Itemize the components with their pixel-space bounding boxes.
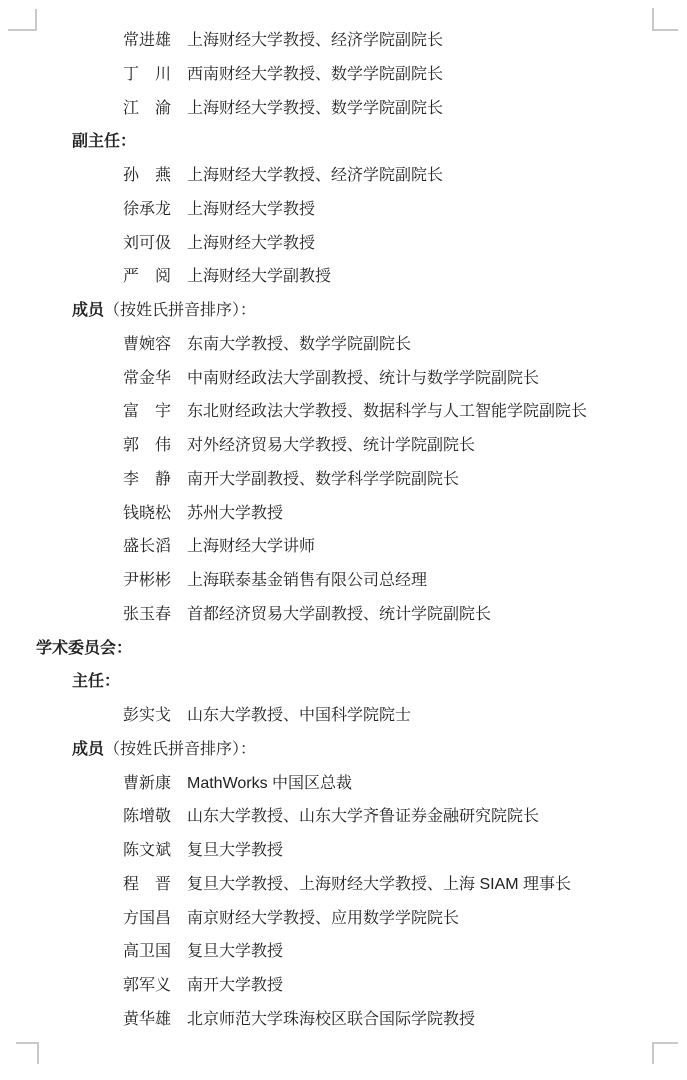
member-affiliation: 西南财经大学教授、数学学院副院长 [187, 66, 443, 83]
member-row: 丁 川西南财经大学教授、数学学院副院长 [0, 58, 687, 92]
member-row: 郭 伟对外经济贸易大学教授、统计学院副院长 [0, 429, 687, 463]
member-affiliation: 复旦大学教授、上海财经大学教授、上海 SIAM 理事长 [187, 876, 571, 893]
member-name: 江 渝 [123, 92, 171, 126]
member-affiliation: 上海联泰基金销售有限公司总经理 [187, 572, 427, 589]
section-heading: 成员（按姓氏拼音排序）： [0, 733, 687, 767]
member-affiliation: 对外经济贸易大学教授、统计学院副院长 [187, 437, 475, 454]
member-row: 黄华雄北京师范大学珠海校区联合国际学院教授 [0, 1003, 687, 1037]
heading-label: 学术委员会： [36, 640, 132, 657]
member-row: 江 渝上海财经大学教授、数学学院副院长 [0, 92, 687, 126]
member-affiliation: 东南大学教授、数学学院副院长 [187, 336, 411, 353]
member-affiliation: 上海财经大学教授 [187, 235, 315, 252]
heading-label: 副主任： [72, 133, 136, 150]
member-name: 丁 川 [123, 58, 171, 92]
member-affiliation: 上海财经大学教授、经济学院副院长 [187, 167, 443, 184]
member-name: 陈文斌 [123, 834, 171, 868]
member-affiliation: MathWorks 中国区总裁 [187, 775, 352, 792]
member-affiliation: 南开大学副教授、数学科学学院副院长 [187, 471, 459, 488]
member-name: 常金华 [123, 362, 171, 396]
heading-label: 主任： [72, 673, 120, 690]
member-affiliation: 苏州大学教授 [187, 505, 283, 522]
member-name: 尹彬彬 [123, 564, 171, 598]
member-name: 曹新康 [123, 767, 171, 801]
member-name: 常进雄 [123, 24, 171, 58]
member-row: 郭军义南开大学教授 [0, 969, 687, 1003]
member-row: 高卫国复旦大学教授 [0, 935, 687, 969]
member-row: 方国昌南京财经大学教授、应用数学学院院长 [0, 902, 687, 936]
member-name: 钱晓松 [123, 497, 171, 531]
member-row: 曹新康MathWorks 中国区总裁 [0, 767, 687, 801]
member-name: 郭军义 [123, 969, 171, 1003]
member-row: 尹彬彬上海联泰基金销售有限公司总经理 [0, 564, 687, 598]
member-affiliation: 上海财经大学教授、经济学院副院长 [187, 32, 443, 49]
member-name: 程 晋 [123, 868, 171, 902]
member-name: 李 静 [123, 463, 171, 497]
member-name: 曹婉容 [123, 328, 171, 362]
member-name: 彭实戈 [123, 699, 171, 733]
member-row: 曹婉容东南大学教授、数学学院副院长 [0, 328, 687, 362]
member-affiliation: 上海财经大学教授、数学学院副院长 [187, 100, 443, 117]
heading-annotation: （按姓氏拼音排序）： [104, 302, 256, 319]
member-name: 方国昌 [123, 902, 171, 936]
member-row: 常金华中南财经政法大学副教授、统计与数学学院副院长 [0, 362, 687, 396]
section-heading: 主任： [0, 665, 687, 699]
member-row: 程 晋复旦大学教授、上海财经大学教授、上海 SIAM 理事长 [0, 868, 687, 902]
member-name: 刘可伋 [123, 227, 171, 261]
member-row: 常进雄上海财经大学教授、经济学院副院长 [0, 24, 687, 58]
member-affiliation: 山东大学教授、山东大学齐鲁证券金融研究院院长 [187, 808, 539, 825]
member-row: 刘可伋上海财经大学教授 [0, 227, 687, 261]
section-heading: 成员（按姓氏拼音排序）： [0, 294, 687, 328]
member-row: 陈增敬山东大学教授、山东大学齐鲁证券金融研究院院长 [0, 800, 687, 834]
member-name: 徐承龙 [123, 193, 171, 227]
member-affiliation: 复旦大学教授 [187, 842, 283, 859]
member-affiliation: 山东大学教授、中国科学院院士 [187, 707, 411, 724]
member-row: 李 静南开大学副教授、数学科学学院副院长 [0, 463, 687, 497]
heading-annotation: （按姓氏拼音排序）： [104, 741, 256, 758]
committee-member-list: 常进雄上海财经大学教授、经济学院副院长丁 川西南财经大学教授、数学学院副院长江 … [0, 24, 687, 1037]
member-row: 严 阅上海财经大学副教授 [0, 260, 687, 294]
member-affiliation: 北京师范大学珠海校区联合国际学院教授 [187, 1011, 475, 1028]
member-name: 张玉春 [123, 598, 171, 632]
member-row: 盛长滔上海财经大学讲师 [0, 530, 687, 564]
member-affiliation: 中南财经政法大学副教授、统计与数学学院副院长 [187, 370, 539, 387]
member-name: 陈增敬 [123, 800, 171, 834]
heading-label: 成员 [72, 741, 104, 758]
member-name: 黄华雄 [123, 1003, 171, 1037]
member-affiliation: 东北财经政法大学教授、数据科学与人工智能学院副院长 [187, 403, 587, 420]
member-affiliation: 南开大学教授 [187, 977, 283, 994]
member-name: 盛长滔 [123, 530, 171, 564]
member-row: 张玉春首都经济贸易大学副教授、统计学院副院长 [0, 598, 687, 632]
section-heading: 学术委员会： [0, 632, 687, 666]
member-row: 徐承龙上海财经大学教授 [0, 193, 687, 227]
page-margin-mark-bottom-left [16, 1042, 39, 1064]
member-affiliation: 复旦大学教授 [187, 943, 283, 960]
member-row: 陈文斌复旦大学教授 [0, 834, 687, 868]
member-name: 严 阅 [123, 260, 171, 294]
member-affiliation: 首都经济贸易大学副教授、统计学院副院长 [187, 606, 491, 623]
member-affiliation: 上海财经大学教授 [187, 201, 315, 218]
member-row: 富 宇东北财经政法大学教授、数据科学与人工智能学院副院长 [0, 395, 687, 429]
document-page: 常进雄上海财经大学教授、经济学院副院长丁 川西南财经大学教授、数学学院副院长江 … [0, 0, 687, 1080]
member-affiliation: 上海财经大学副教授 [187, 268, 331, 285]
member-row: 钱晓松苏州大学教授 [0, 497, 687, 531]
member-affiliation: 南京财经大学教授、应用数学学院院长 [187, 910, 459, 927]
section-heading: 副主任： [0, 125, 687, 159]
member-name: 富 宇 [123, 395, 171, 429]
member-affiliation: 上海财经大学讲师 [187, 538, 315, 555]
heading-label: 成员 [72, 302, 104, 319]
member-row: 孙 燕上海财经大学教授、经济学院副院长 [0, 159, 687, 193]
member-name: 郭 伟 [123, 429, 171, 463]
member-name: 高卫国 [123, 935, 171, 969]
member-row: 彭实戈山东大学教授、中国科学院院士 [0, 699, 687, 733]
page-margin-mark-bottom-right [652, 1042, 678, 1064]
member-name: 孙 燕 [123, 159, 171, 193]
